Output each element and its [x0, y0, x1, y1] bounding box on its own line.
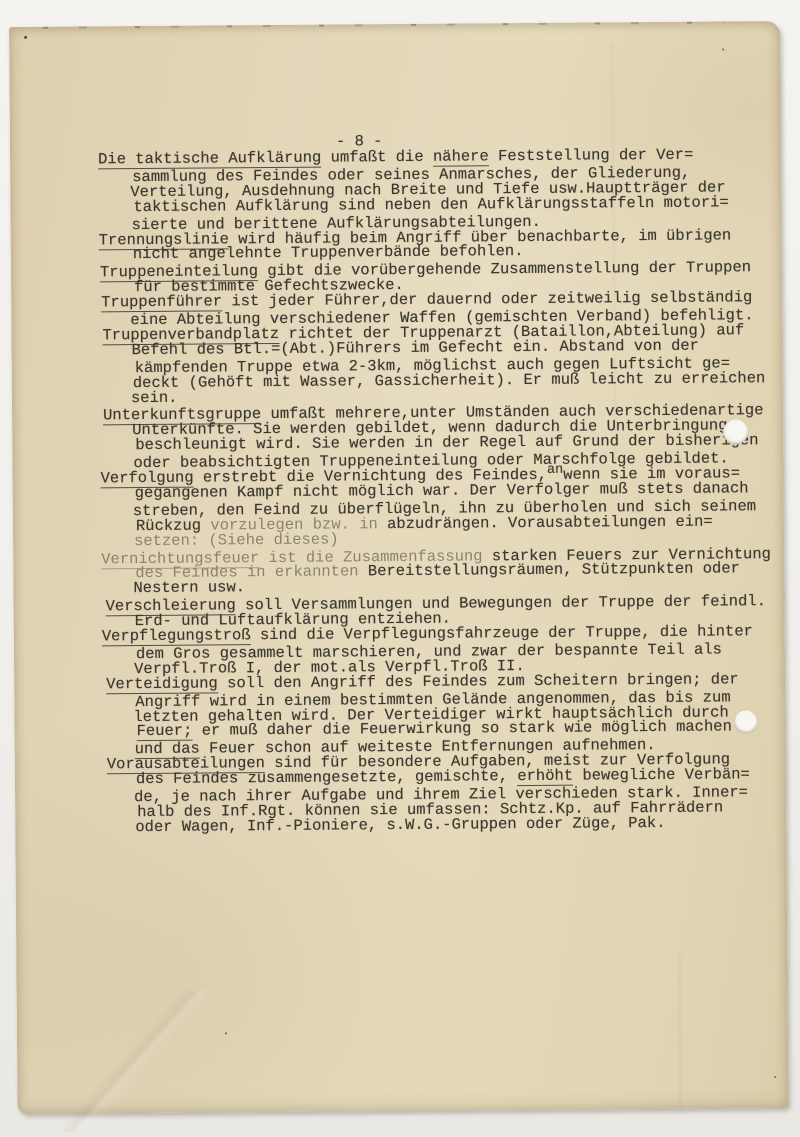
paper-speck — [722, 48, 724, 50]
text-line: Nestern usw. — [133, 579, 245, 598]
text-segment: oder Wagen, Inf.-Pioniere, s.W.G.-Gruppe… — [135, 814, 665, 836]
text-segment: Feststellung der Ver= — [489, 146, 694, 166]
text-segment: abzudrängen. Vorausabteilungen ein= — [387, 512, 713, 533]
text-line: sein. — [131, 388, 178, 406]
scan-background: - 8 - Die taktische Aufklärung umfaßt di… — [0, 0, 800, 1137]
text-segment: bewegliche Verbän= — [573, 765, 750, 784]
hole-punch — [723, 419, 748, 444]
underlined-text: Feuer; — [136, 722, 192, 741]
paper-speck — [774, 1076, 776, 1078]
hole-punch — [734, 710, 757, 733]
text-segment: Nestern usw. — [133, 579, 245, 598]
paper-speck — [225, 1032, 227, 1034]
text-segment: deckt (Gehöft mit Wasser, Gassicherheit)… — [133, 369, 766, 392]
text-line: oder Wagen, Inf.-Pioniere, s.W.G.-Gruppe… — [135, 814, 665, 836]
text-line: setzen: (Siehe dieses) — [134, 530, 339, 550]
text-segment: setzen: (Siehe dieses) — [134, 530, 339, 550]
underlined-text: Truppenführer — [101, 292, 222, 312]
text-block: Die taktische Aufklärung umfaßt die nähe… — [9, 21, 789, 1114]
paper-speck — [24, 36, 27, 39]
underlined-text: Verteidigung — [106, 674, 218, 694]
document-page: - 8 - Die taktische Aufklärung umfaßt di… — [9, 21, 789, 1114]
text-line: deckt (Gehöft mit Wasser, Gassicherheit)… — [133, 369, 766, 392]
text-segment: Bereitstellungsräumen, Stützpunkten oder — [368, 560, 740, 581]
text-segment: umfaßt die — [321, 148, 433, 167]
text-segment: an — [547, 463, 563, 478]
underlined-text: erhöht — [517, 767, 573, 786]
text-segment: sein. — [131, 388, 178, 406]
underlined-text: nähere — [433, 147, 489, 166]
